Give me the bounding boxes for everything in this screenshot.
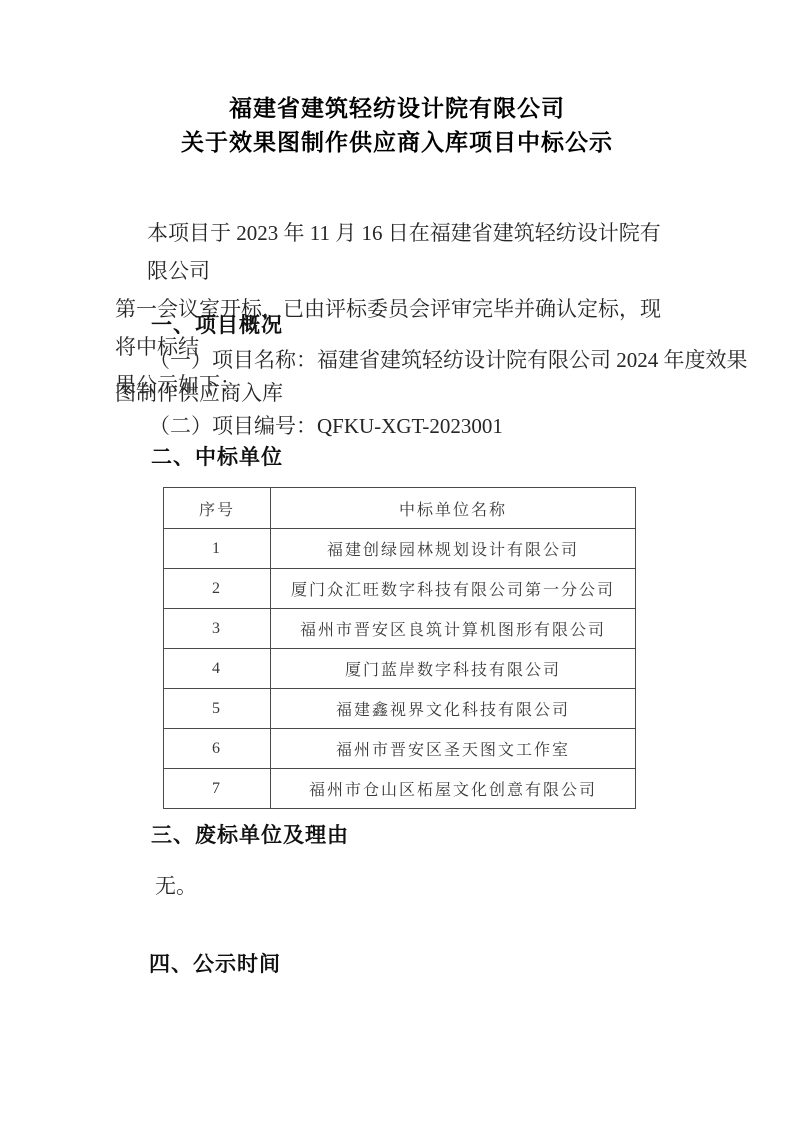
row-bidder-name: 福州市晋安区良筑计算机图形有限公司 [271, 609, 636, 649]
table-row: 7 福州市仓山区柘屋文化创意有限公司 [164, 769, 636, 809]
row-bidder-name: 福州市晋安区圣天图文工作室 [271, 729, 636, 769]
document-title: 福建省建筑轻纺设计院有限公司 关于效果图制作供应商入库项目中标公示 [0, 92, 794, 160]
table-header-bidder-name: 中标单位名称 [271, 488, 636, 529]
table-header-row: 序号 中标单位名称 [164, 488, 636, 529]
intro-line-1: 本项目于 2023 年 11 月 16 日在福建省建筑轻纺设计院有限公司 [115, 214, 681, 290]
document-page: 福建省建筑轻纺设计院有限公司 关于效果图制作供应商入库项目中标公示 本项目于 2… [0, 0, 794, 1123]
document-title-line-2: 关于效果图制作供应商入库项目中标公示 [0, 126, 794, 160]
table-row: 1 福建创绿园林规划设计有限公司 [164, 529, 636, 569]
row-bidder-name: 福建创绿园林规划设计有限公司 [271, 529, 636, 569]
row-serial-number: 1 [164, 529, 271, 569]
row-bidder-name: 厦门众汇旺数字科技有限公司第一分公司 [271, 569, 636, 609]
document-title-line-1: 福建省建筑轻纺设计院有限公司 [0, 92, 794, 126]
row-bidder-name: 厦门蓝岸数字科技有限公司 [271, 649, 636, 689]
table-row: 2 厦门众汇旺数字科技有限公司第一分公司 [164, 569, 636, 609]
project-name-line-1: （一）项目名称：福建省建筑轻纺设计院有限公司 2024 年度效果 [149, 348, 748, 372]
row-serial-number: 4 [164, 649, 271, 689]
winning-bidders-table: 序号 中标单位名称 1 福建创绿园林规划设计有限公司 2 厦门众汇旺数字科技有限… [163, 487, 636, 809]
intro-paragraph: 本项目于 2023 年 11 月 16 日在福建省建筑轻纺设计院有限公司 第一会… [115, 214, 681, 404]
row-serial-number: 5 [164, 689, 271, 729]
table-row: 4 厦门蓝岸数字科技有限公司 [164, 649, 636, 689]
section-heading-publicity-period: 四、公示时间 [149, 953, 281, 977]
rejected-bids-body: 无。 [155, 874, 197, 898]
row-serial-number: 6 [164, 729, 271, 769]
project-number-line: （二）项目编号：QFKU-XGT-2023001 [149, 414, 503, 438]
row-bidder-name: 福州市仓山区柘屋文化创意有限公司 [271, 769, 636, 809]
table-header-serial-number: 序号 [164, 488, 271, 529]
section-heading-project-overview: 一、项目概况 [151, 314, 283, 338]
table-row: 6 福州市晋安区圣天图文工作室 [164, 729, 636, 769]
row-serial-number: 2 [164, 569, 271, 609]
project-name-line-2: 图制作供应商入库 [115, 381, 283, 405]
table-row: 5 福建鑫视界文化科技有限公司 [164, 689, 636, 729]
table-row: 3 福州市晋安区良筑计算机图形有限公司 [164, 609, 636, 649]
row-bidder-name: 福建鑫视界文化科技有限公司 [271, 689, 636, 729]
row-serial-number: 7 [164, 769, 271, 809]
row-serial-number: 3 [164, 609, 271, 649]
section-heading-rejected-bids: 三、废标单位及理由 [151, 824, 349, 848]
section-heading-winning-bidders: 二、中标单位 [151, 446, 283, 470]
